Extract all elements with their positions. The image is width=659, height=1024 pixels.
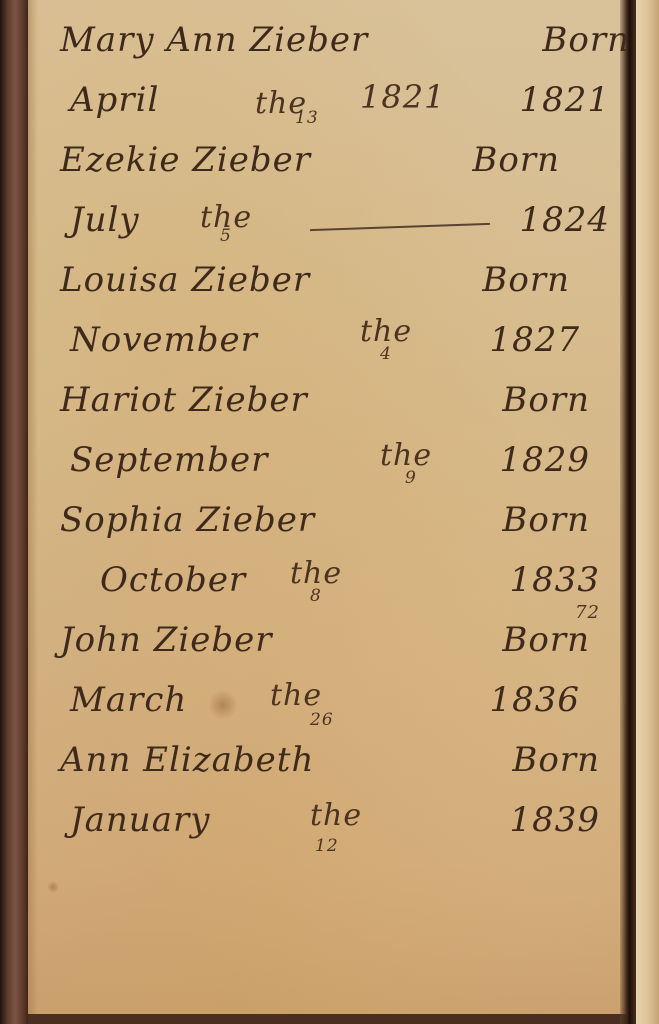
entry-date-line: October the 8 1833 72 [60, 548, 620, 608]
entry-name-line: Sophia Zieber Born [60, 488, 620, 548]
birth-day: 5 [220, 226, 232, 246]
birth-year: 1829 [499, 440, 590, 480]
birth-day: 9 [405, 468, 417, 488]
birth-year: 1833 [509, 560, 600, 600]
birth-year: 1821 [519, 80, 610, 120]
child-name: Hariot Zieber [60, 380, 308, 420]
entry-name-line: Hariot Zieber Born [60, 368, 620, 428]
born-label: Born [502, 380, 590, 420]
birth-month: November [70, 320, 258, 360]
entry-name-line: Ann Elizabeth Born [60, 728, 620, 788]
entry-date-line: March the 26 1836 [60, 668, 620, 728]
child-name: Sophia Zieber [60, 500, 315, 540]
born-label: Born [502, 500, 590, 540]
entry-date-line: July the 5 1824 [60, 188, 620, 248]
birth-month: January [70, 800, 210, 840]
the-word: the [310, 798, 362, 833]
the-word: the [270, 678, 322, 713]
born-label: Born [482, 260, 570, 300]
birth-year: 1827 [489, 320, 580, 360]
ink-spot [48, 880, 58, 894]
born-label: Born [542, 20, 630, 60]
entry-date-line: November the 4 1827 [60, 308, 620, 368]
entry-name-line: Louisa Zieber Born [60, 248, 620, 308]
child-name: Ann Elizabeth [60, 740, 314, 780]
birth-year-inline: 1821 [360, 78, 445, 116]
facing-page-edge [636, 0, 659, 1024]
book-spine [0, 0, 30, 1024]
entry-date-line: January the 12 1839 [60, 788, 620, 848]
born-label: Born [472, 140, 560, 180]
birth-day: 8 [310, 586, 322, 606]
birth-day: 4 [380, 344, 392, 364]
birth-day: 13 [295, 108, 319, 128]
birth-month: October [100, 560, 246, 600]
page-edge [28, 0, 38, 1014]
birth-register: Mary Ann Zieber Born April the 13 1821 1… [60, 8, 620, 848]
birth-month: July [70, 200, 140, 240]
entry-name-line: John Zieber Born [60, 608, 620, 668]
birth-month: March [70, 680, 187, 720]
entry-date-line: September the 9 1829 [60, 428, 620, 488]
entry-name-line: Mary Ann Zieber Born [60, 8, 620, 68]
entry-date-line: April the 13 1821 1821 [60, 68, 620, 128]
born-label: Born [502, 620, 590, 660]
child-name: Mary Ann Zieber [60, 20, 368, 60]
birth-year: 1836 [489, 680, 580, 720]
birth-year: 1824 [519, 200, 610, 240]
birth-day: 26 [310, 710, 334, 730]
born-label: Born [512, 740, 600, 780]
book: Mary Ann Zieber Born April the 13 1821 1… [0, 0, 659, 1024]
birth-month: September [70, 440, 268, 480]
entry-name-line: Ezekie Zieber Born [60, 128, 620, 188]
dash-line [310, 223, 490, 231]
child-name: Ezekie Zieber [60, 140, 311, 180]
birth-month: April [70, 80, 159, 120]
binding-gutter [620, 0, 636, 1024]
child-name: Louisa Zieber [60, 260, 310, 300]
birth-day: 12 [315, 836, 339, 856]
birth-year: 1839 [509, 800, 600, 840]
child-name: John Zieber [60, 620, 272, 660]
